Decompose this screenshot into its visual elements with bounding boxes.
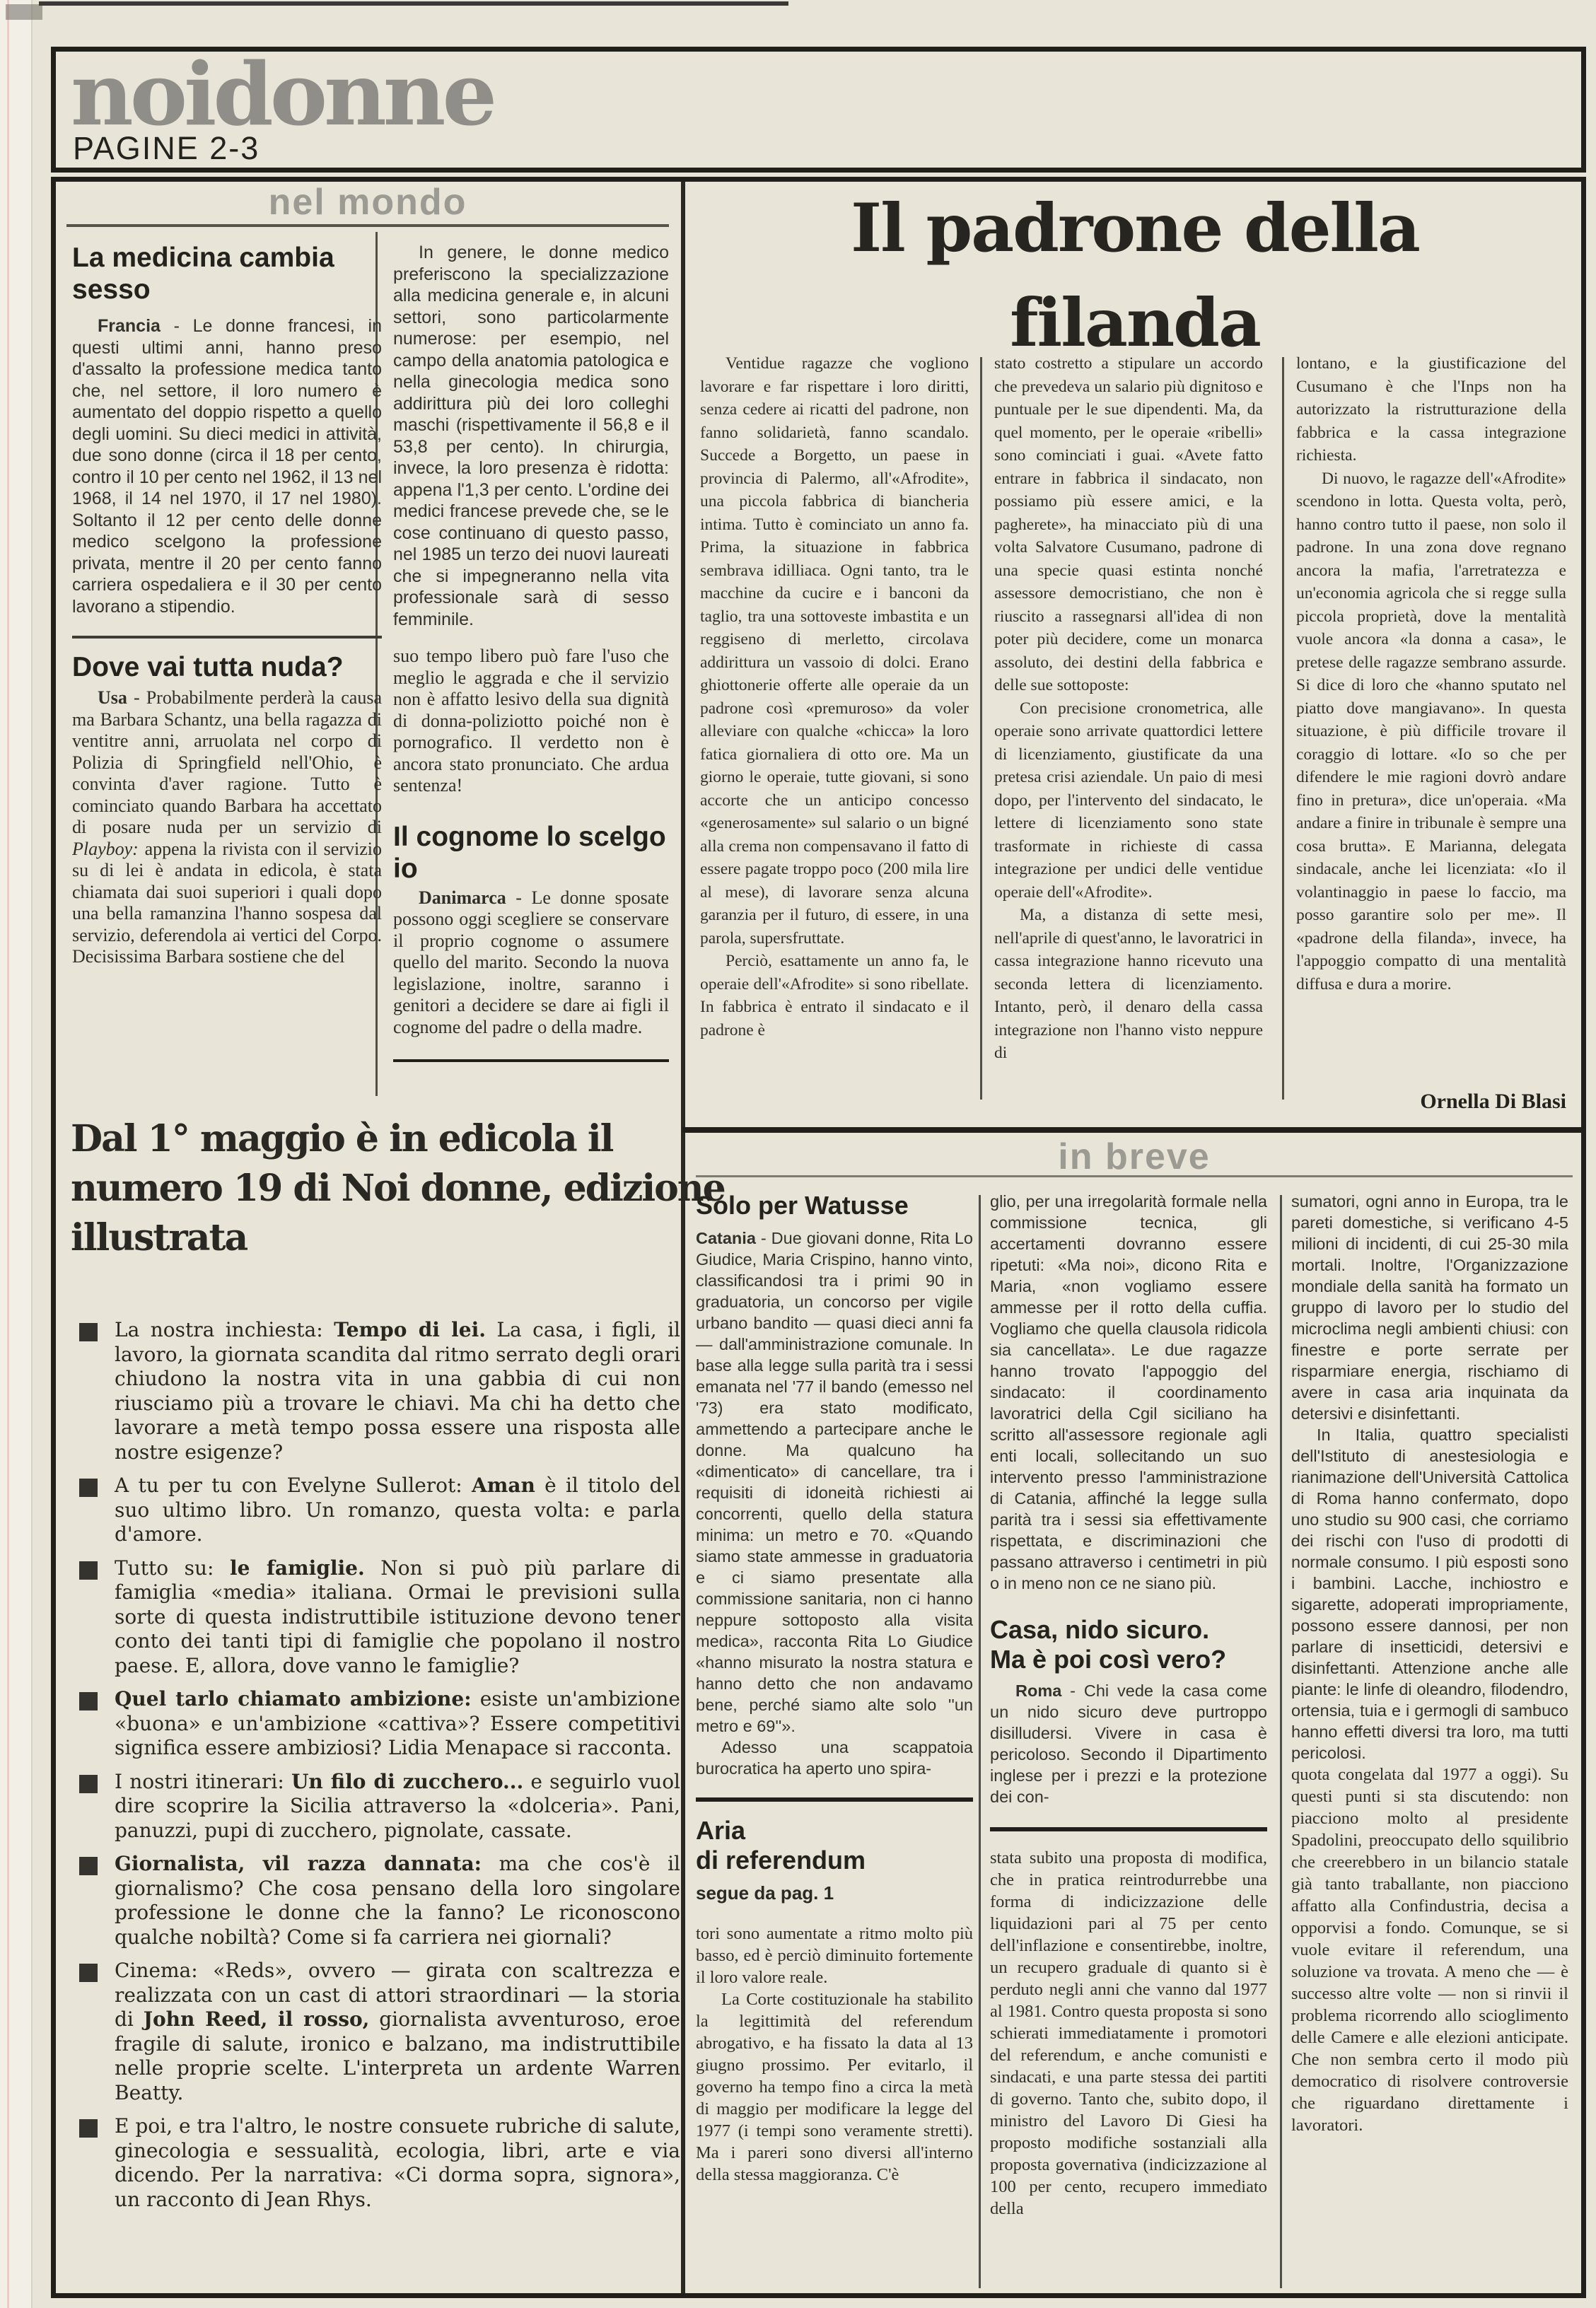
nel-mondo-right-column: In genere, le donne medico preferiscono … [393,242,669,1062]
bullet-item: Tutto su: le famiglie. Non si può più pa… [71,1556,680,1679]
article-body-medicina-1: Francia - Le donne francesi, in questi u… [72,315,382,617]
section-title-nel-mondo: nel mondo [205,181,530,223]
edicola-heading-line-1: Dal 1° maggio è in edicola il [71,1114,680,1164]
in-breve-top-rule [682,1127,1586,1133]
page-indicator: PAGINE 2-3 [73,130,260,167]
article-title-nuda: Dove vai tutta nuda? [72,651,382,683]
in-breve-divider-1 [979,1195,981,2288]
bullet-square-icon [79,1964,98,1982]
in-breve-column-1: Solo per Watusse Catania - Due giovani d… [696,1191,973,2288]
bullet-square-icon [79,1323,98,1341]
brief-title-referendum: Aria di referendum [696,1816,973,1875]
article-body-medicina-2: In genere, le donne medico preferiscono … [393,242,669,630]
brief-body-watusse-3: glio, per una irregolarità formale nella… [990,1191,1267,1594]
edicola-heading: Dal 1° maggio è in edicola il numero 19 … [71,1114,680,1263]
bullet-square-icon [79,1561,98,1580]
article-title-cognome: Il cognome lo scelgo io [393,821,669,885]
masthead-logo: noidonne [71,51,494,137]
bullet-text: La nostra inchiesta: Tempo di lei. La ca… [115,1318,680,1464]
page-top-edge-line [39,1,788,6]
newspaper-page: noidonne PAGINE 2-3 nel mondo La medicin… [0,0,1596,2308]
bullet-square-icon [79,1775,98,1793]
brief-body-watusse-2: Adesso una scappatoia burocratica ha ape… [696,1737,973,1779]
brief-body-casa-2: sumatori, ogni anno in Europa, tra le pa… [1291,1191,1568,1424]
rule-mid-column-2 [990,1827,1267,1831]
scan-edge [0,0,33,2308]
in-breve-column-3: sumatori, ogni anno in Europa, tra le pa… [1291,1191,1568,2288]
bullet-text: Cinema: «Reds», ovvero — girata con scal… [115,1959,680,2105]
brief-body-watusse-1: Catania - Due giovani donne, Rita Lo Giu… [696,1228,973,1737]
rule-above-nuda [72,636,382,639]
brief-body-casa-3: In Italia, quattro specialisti dell'Isti… [1291,1424,1568,1764]
edicola-heading-line-3: illustrata [71,1213,680,1263]
dateline-catania: Catania [696,1229,756,1247]
bullet-item: E poi, e tra l'altro, le nostre consuete… [71,2114,680,2212]
bullet-square-icon [79,2119,98,2138]
bullet-item: Cinema: «Reds», ovvero — girata con scal… [71,1959,680,2105]
brief-title-watusse: Solo per Watusse [696,1191,973,1220]
filanda-paragraph: lontano, e la giustificazione del Cusuma… [1296,352,1566,467]
filanda-paragraph: Con precisione cronometrica, alle operai… [994,697,1263,904]
rule-above-referendum [696,1797,973,1802]
bullet-square-icon [79,1692,98,1710]
bullet-square-icon [79,1479,98,1497]
headline-line-1: Il padrone della [697,181,1573,276]
in-breve-column-2: glio, per una irregolarità formale nella… [990,1191,1267,2288]
article-body-cognome: Danimarca - Le donne sposate possono ogg… [393,887,669,1039]
article-body-nuda-1: Usa - Probabilmente perderà la causa ma … [72,687,382,968]
bullet-text: A tu per tu con Evelyne Sullerot: Aman è… [115,1474,680,1547]
filanda-column-1: Ventidue ragazze che vogliono lavorare e… [700,352,969,1093]
referendum-body-3: stata subito una proposta di modifica, c… [990,1847,1267,2220]
filanda-column-3: lontano, e la giustificazione del Cusuma… [1296,352,1566,1088]
bullet-item: Giornalista, vil razza dannata: ma che c… [71,1852,680,1949]
bullet-text: Giornalista, vil razza dannata: ma che c… [115,1852,680,1949]
bullet-text: Tutto su: le famiglie. Non si può più pa… [115,1556,680,1679]
referendum-body-1: tori sono aumentate a ritmo molto più ba… [696,1923,973,1988]
filanda-paragraph: Ma, a distanza di sette mesi, nell'april… [994,904,1263,1065]
scan-artifact-line [7,0,9,2308]
headline-filanda: Il padrone della filanda [697,181,1573,371]
filanda-divider-2 [1282,357,1284,1100]
article-body-nuda-2: suo tempo libero può fare l'uso che megl… [393,646,669,797]
filanda-column-2: stato costretto a stipulare un accordo c… [994,352,1263,1093]
section-title-in-breve: in breve [682,1136,1586,1178]
edicola-heading-line-2: numero 19 di Noi donne, edizione [71,1164,680,1213]
brief-title-casa: Casa, nido sicuro. Ma è poi così vero? [990,1615,1267,1674]
referendum-body-2: La Corte costituzionale ha stabilito la … [696,1988,973,2186]
edicola-block: Dal 1° maggio è in edicola il numero 19 … [71,1114,680,2212]
nel-mondo-underline [66,224,669,227]
bullet-text: I nostri itinerari: Un filo di zucchero.… [115,1770,680,1843]
dateline-francia: Francia [98,316,161,336]
bullet-square-icon [79,1857,98,1875]
playboy-italic: Playboy: [72,839,139,859]
bullet-item: I nostri itinerari: Un filo di zucchero.… [71,1770,680,1843]
filanda-paragraph: Di nuovo, le ragazze dell'«Afrodite» sce… [1296,467,1566,996]
bullet-item: Quel tarlo chiamato ambizione: esiste un… [71,1687,680,1761]
bullet-item: La nostra inchiesta: Tempo di lei. La ca… [71,1318,680,1464]
scan-corner-mark [6,4,42,20]
main-column-divider [681,182,685,2293]
rule-below-cognome [393,1059,669,1062]
in-breve-underline [696,1175,1573,1177]
bullet-item: A tu per tu con Evelyne Sullerot: Aman è… [71,1474,680,1547]
continuation-note: segue da pag. 1 [696,1882,973,1904]
filanda-paragraph: Ventidue ragazze che vogliono lavorare e… [700,352,969,950]
nel-mondo-left-column: La medicina cambia sesso Francia - Le do… [72,242,382,1103]
byline: Ornella Di Blasi [1296,1090,1566,1114]
filanda-paragraph: stato costretto a stipulare un accordo c… [994,352,1263,697]
in-breve-divider-2 [1280,1195,1282,2288]
bullet-text: Quel tarlo chiamato ambizione: esiste un… [115,1687,680,1761]
filanda-divider-1 [980,357,982,1100]
brief-body-casa-1: Roma - Chi vede la casa come un nido sic… [990,1680,1267,1807]
filanda-paragraph: Perciò, esattamente un anno fa, le opera… [700,950,969,1042]
bullet-text: E poi, e tra l'altro, le nostre consuete… [115,2114,680,2212]
article-title-medicina: La medicina cambia sesso [72,242,382,305]
edicola-bullet-list: La nostra inchiesta: Tempo di lei. La ca… [71,1318,680,2212]
referendum-body-4: quota congelata dal 1977 a oggi). Su que… [1291,1764,1568,2136]
dateline-danimarca: Danimarca [419,887,506,908]
dateline-usa: Usa [98,687,127,708]
dateline-roma: Roma [1015,1682,1061,1700]
